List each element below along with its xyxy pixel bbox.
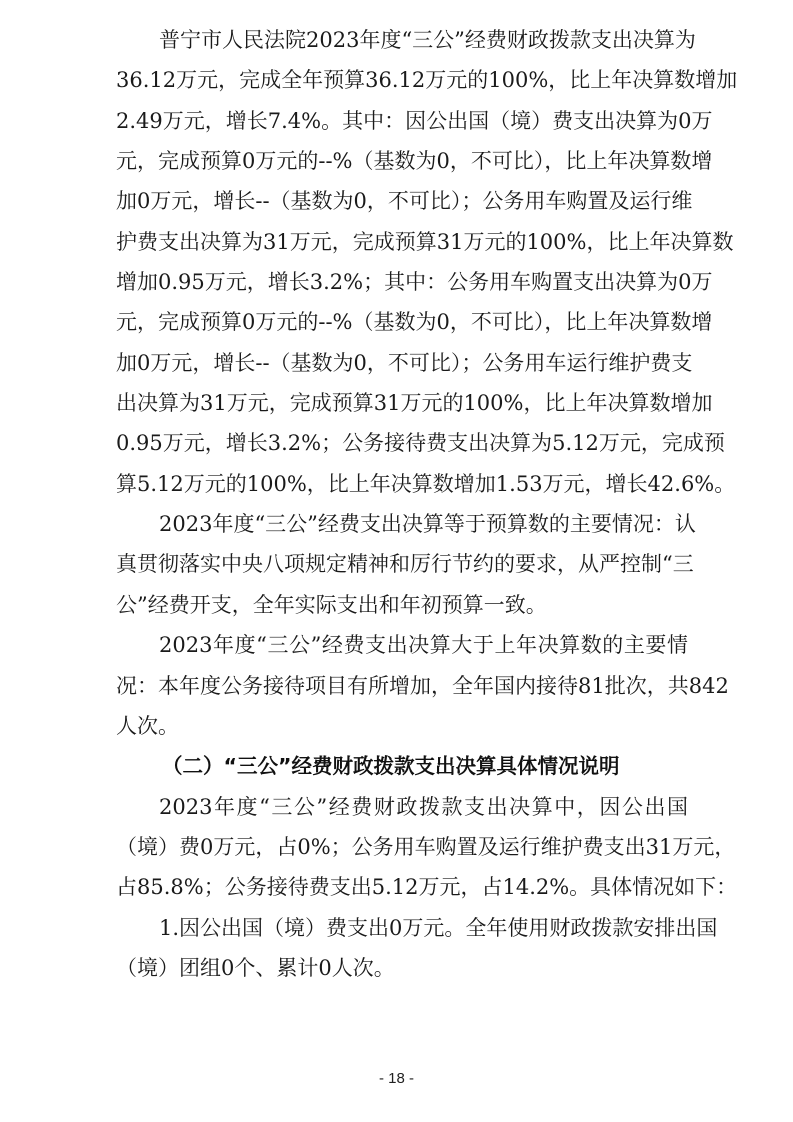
text-line: 护费支出决算为31万元，完成预算31万元的100%，比上年决算数 xyxy=(116,222,688,262)
text-line: 2023年度“三公”经费支出决算大于上年决算数的主要情 xyxy=(116,625,688,665)
text-line: 0.95万元，增长3.2%；公务接待费支出决算为5.12万元，完成预 xyxy=(116,423,688,463)
text-line: 人次。 xyxy=(116,706,688,746)
document-page: 普宁市人民法院2023年度“三公”经费财政拨款支出决算为 36.12万元，完成全… xyxy=(0,0,793,1122)
text-line: 普宁市人民法院2023年度“三公”经费财政拨款支出决算为 xyxy=(116,20,688,60)
text-line: 增加0.95万元，增长3.2%；其中：公务用车购置支出决算为0万 xyxy=(116,262,688,302)
text-line: 加0万元，增长--（基数为0，不可比）；公务用车运行维护费支 xyxy=(116,343,688,383)
text-line: 出决算为31万元，完成预算31万元的100%，比上年决算数增加 xyxy=(116,383,688,423)
text-line: 2023年度“三公”经费财政拨款支出决算中，因公出国 xyxy=(116,787,688,827)
text-line: 2023年度“三公”经费支出决算等于预算数的主要情况：认 xyxy=(116,504,688,544)
text-line: 2.49万元，增长7.4%。其中：因公出国（境）费支出决算为0万 xyxy=(116,101,688,141)
text-line: 公”经费开支，全年实际支出和年初预算一致。 xyxy=(116,585,688,625)
text-line: 算5.12万元的100%，比上年决算数增加1.53万元，增长42.6%。 xyxy=(116,464,688,504)
paragraph-expense-breakdown: 2023年度“三公”经费财政拨款支出决算中，因公出国 （境）费0万元，占0%；公… xyxy=(116,787,688,908)
text-line: 元，完成预算0万元的--%（基数为0，不可比），比上年决算数增 xyxy=(116,141,688,181)
text-line: 真贯彻落实中央八项规定精神和厉行节约的要求，从严控制“三 xyxy=(116,544,688,584)
text-line: 况：本年度公务接待项目有所增加，全年国内接待81批次，共842 xyxy=(116,666,688,706)
paragraph-equal-to-budget-reason: 2023年度“三公”经费支出决算等于预算数的主要情况：认 真贯彻落实中央八项规定… xyxy=(116,504,688,625)
page-number: - 18 - xyxy=(0,1070,793,1087)
text-line: 1.因公出国（境）费支出0万元。全年使用财政拨款安排出国 xyxy=(116,908,688,948)
paragraph-three-public-expenses-summary: 普宁市人民法院2023年度“三公”经费财政拨款支出决算为 36.12万元，完成全… xyxy=(116,20,688,504)
paragraph-overseas-travel: 1.因公出国（境）费支出0万元。全年使用财政拨款安排出国 （境）团组0个、累计0… xyxy=(116,908,688,989)
section-heading: （二）“三公”经费财政拨款支出决算具体情况说明 xyxy=(116,746,688,786)
text-line: 占85.8%；公务接待费支出5.12万元，占14.2%。具体情况如下： xyxy=(116,867,688,907)
text-line: 元，完成预算0万元的--%（基数为0，不可比），比上年决算数增 xyxy=(116,302,688,342)
text-line: （境）费0万元，占0%；公务用车购置及运行维护费支出31万元， xyxy=(116,827,688,867)
text-line: 36.12万元，完成全年预算36.12万元的100%，比上年决算数增加 xyxy=(116,60,688,100)
text-line: 加0万元，增长--（基数为0，不可比）；公务用车购置及运行维 xyxy=(116,181,688,221)
paragraph-greater-than-last-year-reason: 2023年度“三公”经费支出决算大于上年决算数的主要情 况：本年度公务接待项目有… xyxy=(116,625,688,746)
text-line: （境）团组0个、累计0人次。 xyxy=(116,948,688,988)
document-body: 普宁市人民法院2023年度“三公”经费财政拨款支出决算为 36.12万元，完成全… xyxy=(116,20,688,988)
